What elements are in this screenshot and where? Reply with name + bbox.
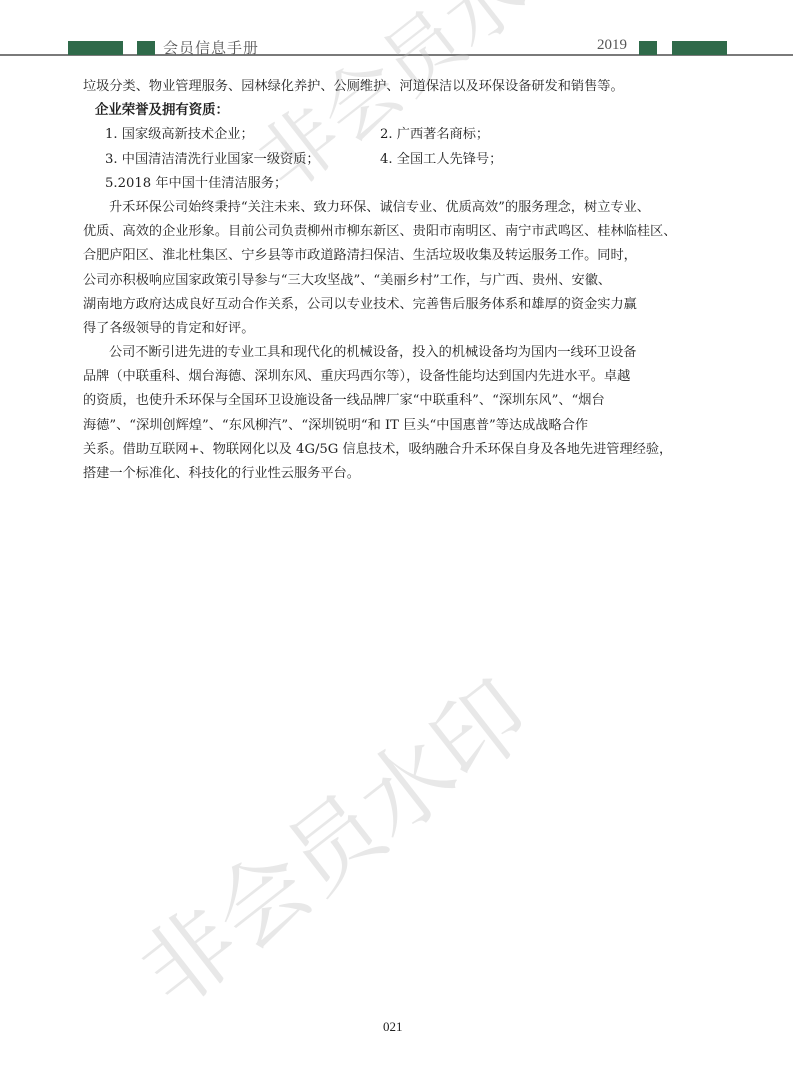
honor-item: 5.2018 年中国十佳清洁服务； bbox=[83, 172, 713, 196]
paragraph-line: 公司亦积极响应国家政策引导参与“三大攻坚战”、“美丽乡村”工作，与广西、贵州、安… bbox=[83, 269, 713, 293]
paragraph-line: 的资质，也使升禾环保与全国环卫设施设备一线品牌厂家“中联重科”、“深圳东风”、“… bbox=[83, 389, 713, 413]
honor-item: 3. 中国清洁清洗行业国家一级资质； bbox=[105, 152, 320, 167]
watermark-lower: 非会员水印 bbox=[109, 645, 553, 1032]
paragraph-line: 品牌（中联重科、烟台海德、深圳东风、重庆玛西尔等），设备性能均达到国内先进水平。… bbox=[83, 365, 713, 389]
header-decor-block-right-wide bbox=[672, 41, 727, 55]
paragraph-equipment: 公司不断引进先进的专业工具和现代化的机械设备，投入的机械设备均为国内一线环卫设备… bbox=[83, 341, 713, 486]
page-number: 021 bbox=[383, 1019, 403, 1035]
honor-item: 1. 国家级高新技术企业； bbox=[105, 127, 254, 142]
paragraph-line: 关系。借助互联网+、物联网化以及 4G/5G 信息技术，吸纳融合升禾环保自身及各… bbox=[83, 438, 713, 462]
honors-row-2: 3. 中国清洁清洗行业国家一级资质； 4. 全国工人先锋号； bbox=[83, 148, 713, 172]
header-title: 会员信息手册 bbox=[163, 37, 259, 58]
paragraph-line: 得了各级领导的肯定和好评。 bbox=[83, 317, 713, 341]
header-decor-block-right-narrow bbox=[639, 41, 657, 55]
paragraph-line: 搭建一个标准化、科技化的行业性云服务平台。 bbox=[83, 462, 713, 486]
header-decor-block-left-narrow bbox=[137, 41, 155, 55]
paragraph-line: 优质、高效的企业形象。目前公司负责柳州市柳东新区、贵阳市南明区、南宁市武鸣区、桂… bbox=[83, 220, 713, 244]
paragraph-line: 海德”、“深圳创辉煌”、“东风柳汽”、“深圳锐明“和 IT 巨头“中国惠普”等达… bbox=[83, 414, 713, 438]
header-decor-block-left-wide bbox=[68, 41, 123, 55]
paragraph-line: 湖南地方政府达成良好互动合作关系，公司以专业技术、完善售后服务体系和雄厚的资金实… bbox=[83, 293, 713, 317]
document-body: 垃圾分类、物业管理服务、园林绿化养护、公厕维护、河道保洁以及环保设备研发和销售等… bbox=[83, 75, 713, 486]
intro-line: 垃圾分类、物业管理服务、园林绿化养护、公厕维护、河道保洁以及环保设备研发和销售等… bbox=[83, 75, 713, 99]
honor-item: 4. 全国工人先锋号； bbox=[380, 148, 502, 172]
paragraph-service-philosophy: 升禾环保公司始终秉持“关注未来、致力环保、诚信专业、优质高效”的服务理念，树立专… bbox=[83, 196, 713, 341]
paragraph-line: 公司不断引进先进的专业工具和现代化的机械设备，投入的机械设备均为国内一线环卫设备 bbox=[83, 341, 713, 365]
honor-item: 2. 广西著名商标； bbox=[380, 123, 489, 147]
paragraph-line: 合肥庐阳区、淮北杜集区、宁乡县等市政道路清扫保洁、生活垃圾收集及转运服务工作。同… bbox=[83, 244, 713, 268]
honors-heading: 企业荣誉及拥有资质： bbox=[83, 99, 713, 123]
paragraph-line: 升禾环保公司始终秉持“关注未来、致力环保、诚信专业、优质高效”的服务理念，树立专… bbox=[83, 196, 713, 220]
honors-row-1: 1. 国家级高新技术企业； 2. 广西著名商标； bbox=[83, 123, 713, 147]
header-year: 2019 bbox=[597, 37, 627, 54]
